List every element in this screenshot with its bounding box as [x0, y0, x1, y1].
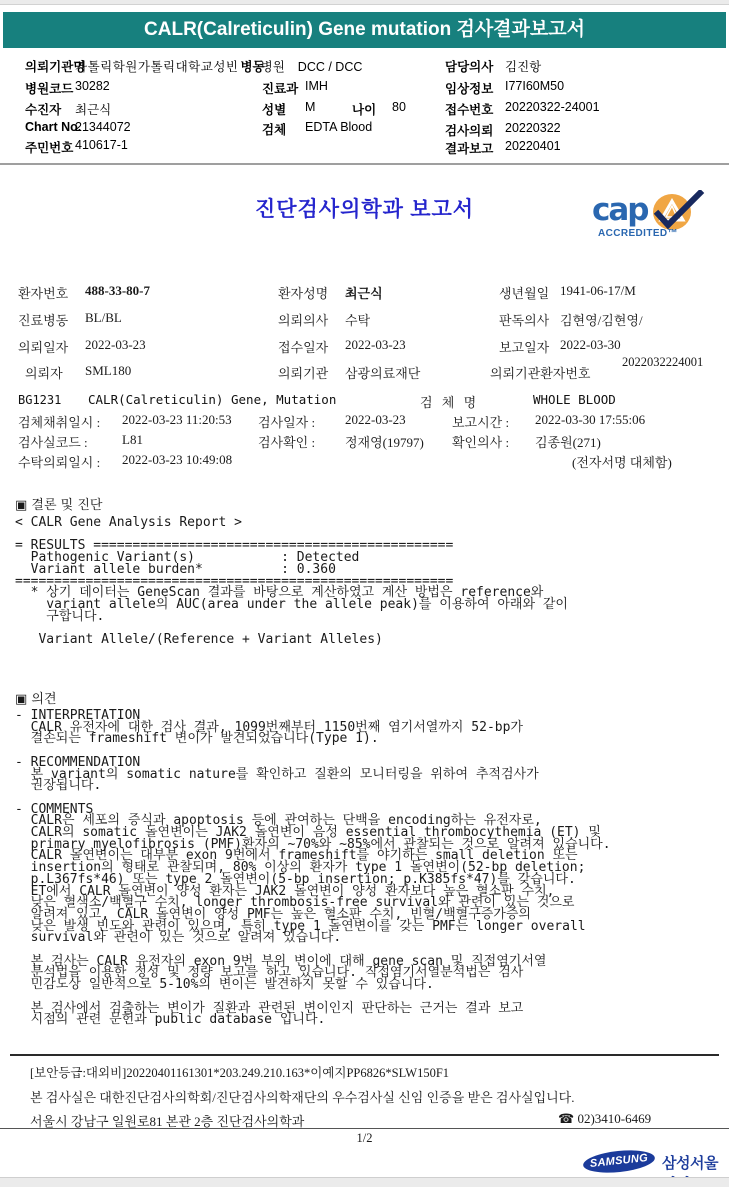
security-line: [보안등급:대외비]20220401161301*203.249.210.163… — [30, 1063, 449, 1081]
sex-value: M — [305, 100, 315, 114]
cap-logo-word: cap — [592, 192, 648, 228]
rep-date-label: 보고일자 — [499, 337, 549, 356]
confirm-doctor-label: 확인의사 : — [452, 432, 509, 451]
test-name: CALR(Calreticulin) Gene, Mutation — [88, 392, 336, 407]
clinical-value: I77I60M50 — [505, 79, 564, 93]
read-doctor-label: 판독의사 — [499, 310, 549, 329]
recv-date-value: 2022-03-23 — [345, 337, 406, 353]
birth-label: 생년월일 — [499, 283, 549, 302]
cap-accredited-text: ACCREDITED™ — [598, 228, 678, 239]
doctor-value: 김진항 — [505, 57, 541, 75]
doctor-label: 담당의사 — [445, 57, 493, 75]
test-code: BG1231 — [18, 393, 61, 407]
patient-name-value: 최근식 — [345, 283, 383, 302]
samsung-hospital-logo: SAMSUNG 삼성서울병원 — [583, 1148, 729, 1176]
receipt-label: 접수번호 — [445, 100, 493, 118]
dept-label: 진료과 — [262, 79, 298, 97]
req-org-label: 의뢰기관 — [278, 363, 328, 382]
req-doctor-value: 수탁 — [345, 310, 370, 329]
age-value: 80 — [392, 100, 406, 114]
birth-value: 1941-06-17/M — [560, 283, 636, 299]
req-org-value: 삼광의료재단 — [345, 363, 420, 382]
collect-value: 2022-03-23 11:20:53 — [122, 412, 232, 428]
chart-value: 21344072 — [75, 120, 131, 134]
patient-no-label: 환자번호 — [18, 283, 68, 302]
hospital-code-value: 30282 — [75, 79, 110, 93]
org-patient-no-label: 의뢰기관환자번호 — [490, 363, 590, 382]
confirm-doctor-value: 김종원(271) — [535, 432, 601, 451]
req-date-value: 2022-03-23 — [85, 337, 146, 353]
rep-date-value: 2022-03-30 — [560, 337, 621, 353]
resident-label: 주민번호 — [25, 138, 73, 156]
footer-bottom-rule — [0, 1128, 729, 1129]
requester-value: SML180 — [85, 363, 131, 379]
report-title-bar: CALR(Calreticulin) Gene mutation 검사결과보고서 — [3, 12, 726, 48]
test-date-value: 2022-03-23 — [345, 412, 406, 428]
test-date-label: 검사일자 : — [258, 412, 315, 431]
requester-label: 의뢰자 — [25, 363, 63, 382]
care-ward-value: BL/BL — [85, 310, 122, 326]
results-block: < CALR Gene Analysis Report > = RESULTS … — [15, 517, 568, 646]
opinion-block: - INTERPRETATION CALR 유전자에 대한 검사 결과, 109… — [15, 710, 611, 1026]
collect-label: 검체채취일시 : — [18, 412, 100, 431]
patient-label: 수진자 — [25, 100, 61, 118]
test-specimen-value: WHOLE BLOOD — [533, 392, 616, 407]
esign-note: (전자서명 대체함) — [572, 452, 672, 471]
cap-accredited-logo: cap ACCREDITED™ — [592, 196, 712, 248]
specimen-label: 검체 — [262, 120, 286, 138]
report-title-bar-text: CALR(Calreticulin) Gene mutation 검사결과보고서 — [144, 19, 585, 40]
org-patient-no-value: 2022032224001 — [622, 356, 708, 369]
certification-line: 본 검사실은 대한진단검사의학회/진단검사의학재단의 우수검사실 신임 인증을 … — [30, 1087, 575, 1106]
care-ward-label: 진료병동 — [18, 310, 68, 329]
sex-label: 성별 — [262, 100, 286, 118]
samsung-ellipse-icon: SAMSUNG — [582, 1147, 656, 1175]
clinical-label: 임상정보 — [445, 79, 493, 97]
result-report-label: 결과보고 — [445, 139, 493, 157]
opinion-section-title: ▣ 의견 — [15, 688, 57, 707]
patient-name-label: 환자성명 — [278, 283, 328, 302]
dept-value: IMH — [305, 79, 328, 93]
consign-value: 2022-03-23 10:49:08 — [122, 452, 232, 468]
verify-label: 검사확인 : — [258, 432, 315, 451]
page-top-edge — [0, 0, 729, 5]
org-value-2: 병원 — [261, 60, 285, 74]
org-value: 가톨릭학원가톨릭대학교성빈 — [75, 60, 238, 74]
patient-value: 최근식 — [75, 100, 111, 118]
req-doctor-label: 의뢰의사 — [278, 310, 328, 329]
page-number: 1/2 — [0, 1131, 729, 1146]
read-doctor-value: 김현영/김현영/ — [560, 310, 643, 329]
request-label: 검사의뢰 — [445, 121, 493, 139]
lab-report-page: CALR(Calreticulin) Gene mutation 검사결과보고서… — [0, 0, 729, 1187]
receipt-value: 20220322-24001 — [505, 100, 600, 114]
patient-no-value: 488-33-80-7 — [85, 283, 150, 299]
results-section-title: ▣ 결론 및 진단 — [15, 494, 102, 513]
result-report-value: 20220401 — [505, 139, 561, 153]
resident-value: 410617-1 — [75, 138, 128, 152]
lab-code-value: L81 — [122, 432, 143, 448]
phone-number: ☎ 02)3410-6469 — [558, 1111, 651, 1127]
org-value-row: 가톨릭학원가톨릭대학교성빈병동병원DCC / DCC — [75, 57, 362, 76]
req-date-label: 의뢰일자 — [18, 337, 68, 356]
verify-value: 정재영(19797) — [345, 432, 424, 451]
report-time-label: 보고시간 : — [452, 412, 509, 431]
page-bottom-edge — [0, 1177, 729, 1187]
chart-label: Chart No. — [25, 120, 81, 134]
lab-code-label: 검사실코드 : — [18, 432, 88, 451]
consign-label: 수탁의뢰일시 : — [18, 452, 100, 471]
test-specimen-label: 검 체 명 — [420, 392, 476, 411]
request-value: 20220322 — [505, 121, 561, 135]
recv-date-label: 접수일자 — [278, 337, 328, 356]
ward-value: DCC / DCC — [298, 60, 363, 74]
footer-top-rule — [10, 1054, 719, 1056]
specimen-value: EDTA Blood — [305, 120, 372, 134]
header-divider — [0, 163, 729, 165]
hospital-code-label: 병원코드 — [25, 79, 73, 97]
age-label: 나이 — [352, 100, 376, 118]
report-time-value: 2022-03-30 17:55:06 — [535, 412, 645, 428]
